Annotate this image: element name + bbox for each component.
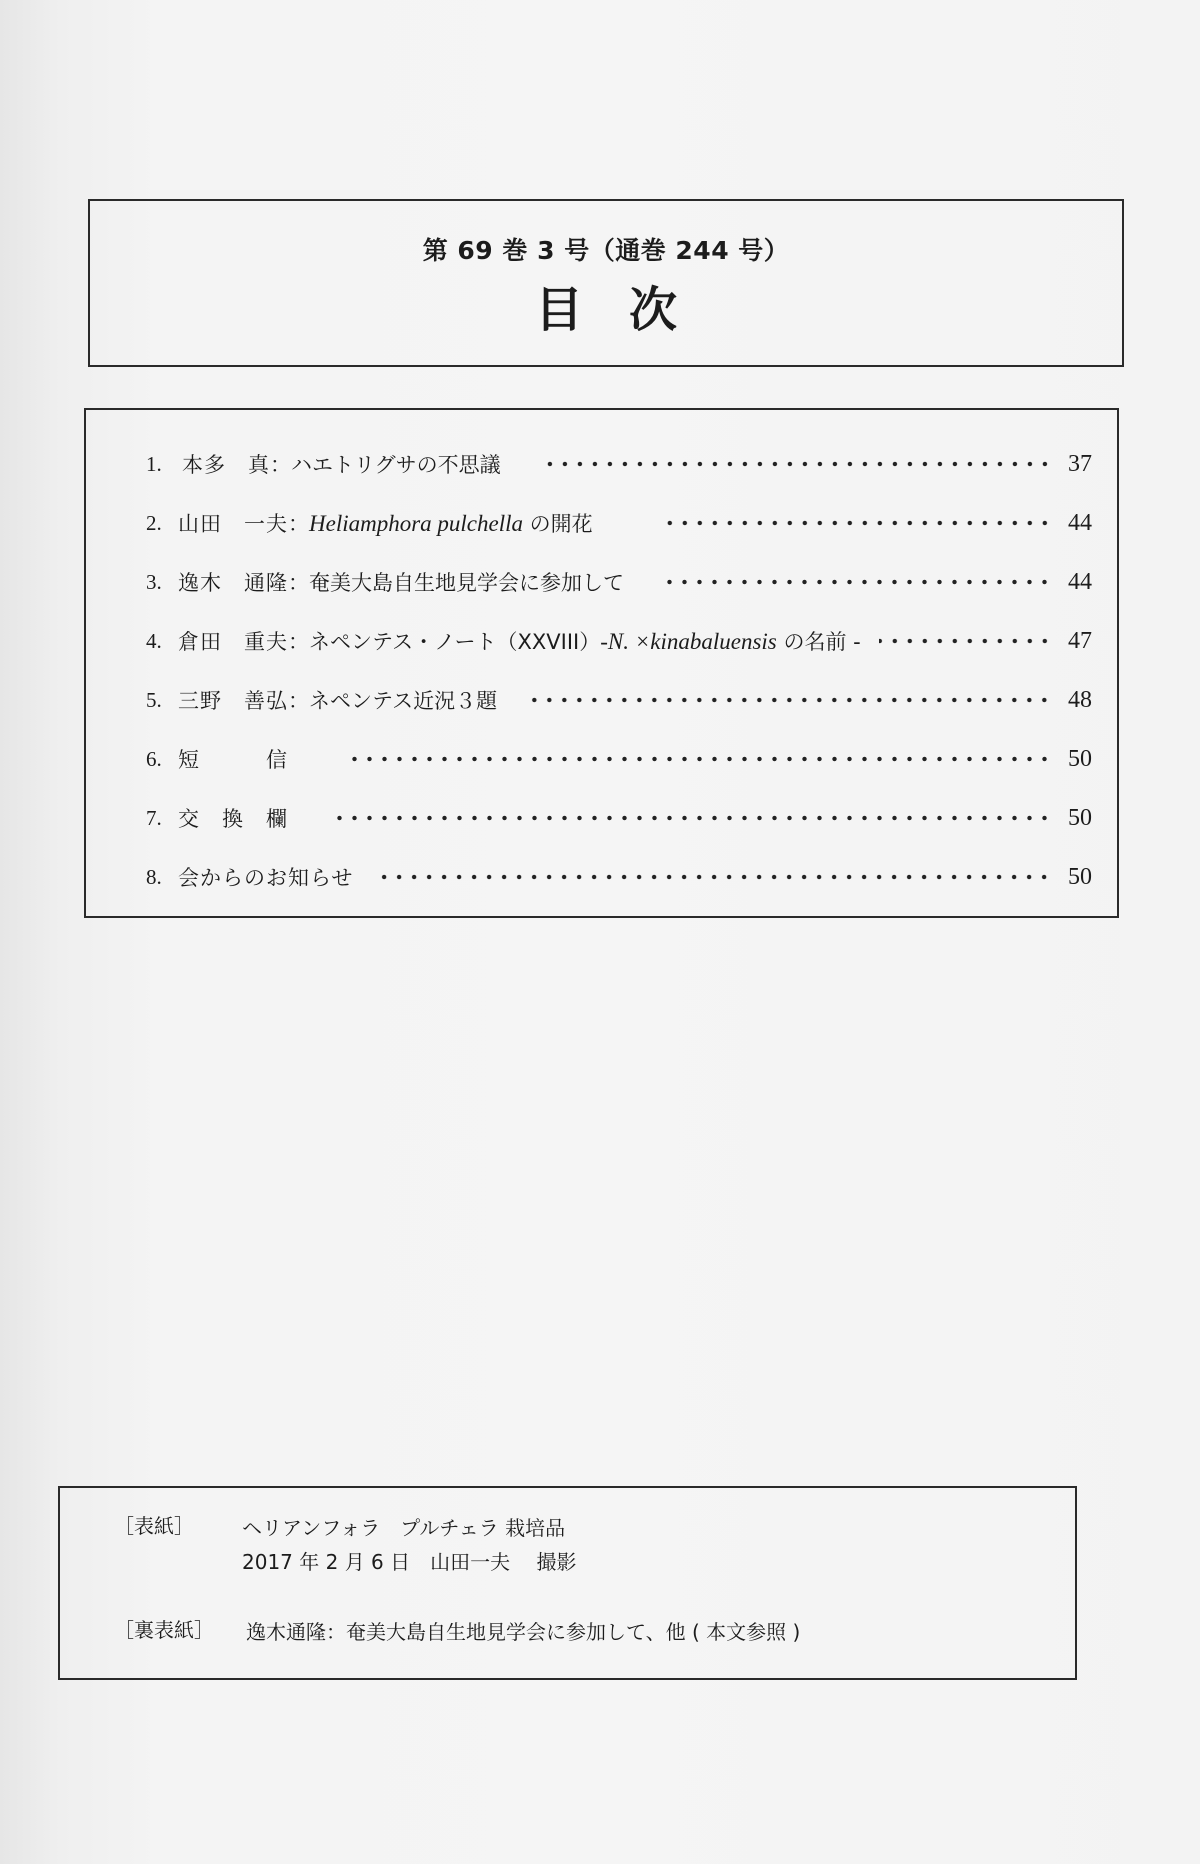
toc-item-6[interactable]: 6. 短 信 50 [146,739,1092,779]
toc-item-author: 三野 善弘 [178,685,288,715]
toc-item-author: 本多 真 [182,449,270,479]
front-cover-description: ヘリアンフォラ プルチェラ 栽培品 [242,1512,565,1541]
front-cover-label: ［表紙］ [114,1510,194,1539]
toc-item-author: 倉田 重夫 [178,626,288,656]
toc-item-number: 4. [146,629,178,654]
dot-leader [879,638,1052,644]
dot-leader [658,579,1052,585]
toc-item-separator: ： [288,685,309,715]
toc-item-8[interactable]: 8. 会からのお知らせ 50 [146,857,1092,897]
toc-item-page: 44 [1066,510,1092,537]
issue-header-box: 第 69 巻 3 号（通巻 244 号） 目次 [88,199,1124,367]
front-cover-credit: 2017 年 2 月 6 日 山田一夫 撮影 [242,1546,577,1575]
back-cover-description: 逸木通隆：奄美大島自生地見学会に参加して、他 ( 本文参照 ) [246,1616,800,1645]
toc-item-separator: ： [288,508,309,538]
toc-item-number: 1. [146,452,178,477]
toc-item-title: ハエトリグサの不思議 [291,449,501,479]
toc-item-page: 50 [1066,805,1092,832]
toc-item-page: 47 [1066,628,1092,655]
toc-item-separator: ： [288,626,309,656]
toc-item-number: 2. [146,511,178,536]
toc-item-title: 奄美大島自生地見学会に参加して [309,567,624,597]
toc-item-5[interactable]: 5. 三野 善弘 ： ネペンテス近況３題 48 [146,680,1092,720]
toc-item-page: 50 [1066,746,1092,773]
toc-item-number: 6. [146,747,178,772]
issue-number: 第 69 巻 3 号（通巻 244 号） [90,231,1122,267]
toc-item-separator: ： [270,449,291,479]
toc-item-number: 8. [146,865,178,890]
dot-leader [663,520,1052,526]
dot-leader [531,697,1052,703]
dot-leader [334,815,1052,821]
toc-item-author: 山田 一夫 [178,508,288,538]
toc-item-author: 交 換 欄 [178,803,288,833]
toc-item-number: 5. [146,688,178,713]
toc-item-title: ネペンテス近況３題 [309,685,497,715]
table-of-contents: 1. 本多 真 ： ハエトリグサの不思議 37 2. 山田 一夫 ： Helia… [84,408,1119,918]
page-title: 目次 [90,271,1122,340]
toc-item-page: 50 [1066,864,1092,891]
toc-item-number: 7. [146,806,178,831]
toc-item-title: ネペンテス・ノート（XXVIII）-N. ×kinabaluensis の名前 … [309,626,861,656]
toc-item-author: 会からのお知らせ [178,862,353,892]
dot-leader [381,874,1052,880]
dot-leader [541,461,1052,467]
toc-item-3[interactable]: 3. 逸木 通隆 ： 奄美大島自生地見学会に参加して 44 [146,562,1092,602]
toc-item-page: 44 [1066,569,1092,596]
toc-item-1[interactable]: 1. 本多 真 ： ハエトリグサの不思議 37 [146,444,1092,484]
back-cover-label: ［裏表紙］ [114,1614,214,1643]
toc-item-page: 37 [1066,451,1092,478]
toc-item-number: 3. [146,570,178,595]
toc-item-author: 逸木 通隆 [178,567,288,597]
toc-item-2[interactable]: 2. 山田 一夫 ： Heliamphora pulchella の開花 44 [146,503,1092,543]
toc-item-page: 48 [1066,687,1092,714]
dot-leader [348,756,1052,762]
toc-item-4[interactable]: 4. 倉田 重夫 ： ネペンテス・ノート（XXVIII）-N. ×kinabal… [146,621,1092,661]
toc-item-title: Heliamphora pulchella の開花 [309,508,593,538]
cover-info-box: ［表紙］ ヘリアンフォラ プルチェラ 栽培品 2017 年 2 月 6 日 山田… [58,1486,1077,1680]
toc-item-7[interactable]: 7. 交 換 欄 50 [146,798,1092,838]
toc-item-separator: ： [288,567,309,597]
toc-item-author: 短 信 [178,744,288,774]
